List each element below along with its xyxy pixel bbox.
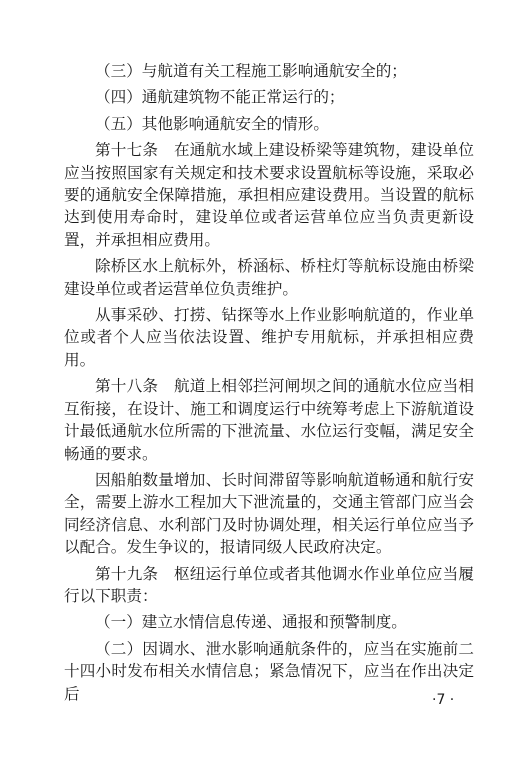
article-19: 第十九条 枢纽运行单位或者其他调水作业单位应当履行以下职责： bbox=[64, 563, 474, 608]
list-item-2: （二）因调水、泄水影响通航条件的，应当在实施前二十四小时发布相关水情信息；紧急情… bbox=[64, 638, 474, 705]
body-paragraph: 从事采砂、打捞、钻探等水上作业影响航道的，作业单位或者个人应当依法设置、维护专用… bbox=[64, 304, 474, 371]
list-item-3: （三）与航道有关工程施工影响通航安全的； bbox=[64, 60, 474, 82]
list-item-4: （四）通航建筑物不能正常运行的； bbox=[64, 86, 474, 108]
article-18: 第十八条 航道上相邻拦河闸坝之间的通航水位应当相互衔接，在设计、施工和调度运行中… bbox=[64, 375, 474, 465]
list-item-5: （五）其他影响通航安全的情形。 bbox=[64, 113, 474, 135]
body-paragraph: 除桥区水上航标外，桥涵标、桥柱灯等航标设施由桥梁建设单位或者运营单位负责维护。 bbox=[64, 255, 474, 300]
list-item-1: （一）建立水情信息传递、通报和预警制度。 bbox=[64, 611, 474, 633]
page-number: ·7 · bbox=[432, 692, 454, 708]
body-paragraph: 因船舶数量增加、长时间滞留等影响航道畅通和航行安全，需要上游水工程加大下泄流量的… bbox=[64, 469, 474, 559]
document-page: （三）与航道有关工程施工影响通航安全的； （四）通航建筑物不能正常运行的； （五… bbox=[64, 60, 474, 709]
article-17: 第十七条 在通航水域上建设桥梁等建筑物，建设单位应当按照国家有关规定和技术要求设… bbox=[64, 139, 474, 251]
